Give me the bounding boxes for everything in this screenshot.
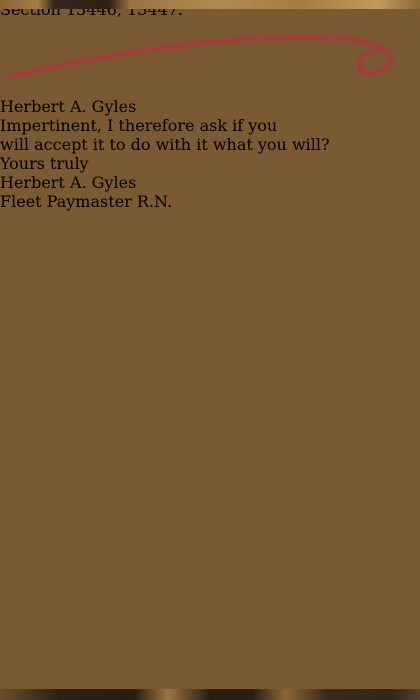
letter-signature: Herbert A. Gyles [0, 173, 420, 192]
letter-line-1: Impertinent, I therefore ask if you [0, 116, 420, 135]
handwriting-block: Impertinent, I therefore ask if you will… [0, 116, 420, 211]
verso-signature: Herbert A. Gyles [0, 97, 420, 116]
letter-closing: Yours truly [0, 154, 420, 173]
letter-signature-title: Fleet Paymaster R.N. [0, 192, 420, 211]
photograph-of-document: Section 13446, 13447. Herbert A. Gyles I… [0, 0, 420, 700]
board-edge-bottom [0, 689, 420, 700]
verso-note: Section 13446, 13447. Herbert A. Gyles [0, 0, 420, 116]
letter-line-2: will accept it to do with it what you wi… [0, 135, 420, 154]
letter: Impertinent, I therefore ask if you will… [0, 116, 420, 211]
signature-flourish-icon [0, 19, 420, 93]
board-edge-right [405, 0, 420, 700]
board-edge-top [0, 0, 420, 9]
